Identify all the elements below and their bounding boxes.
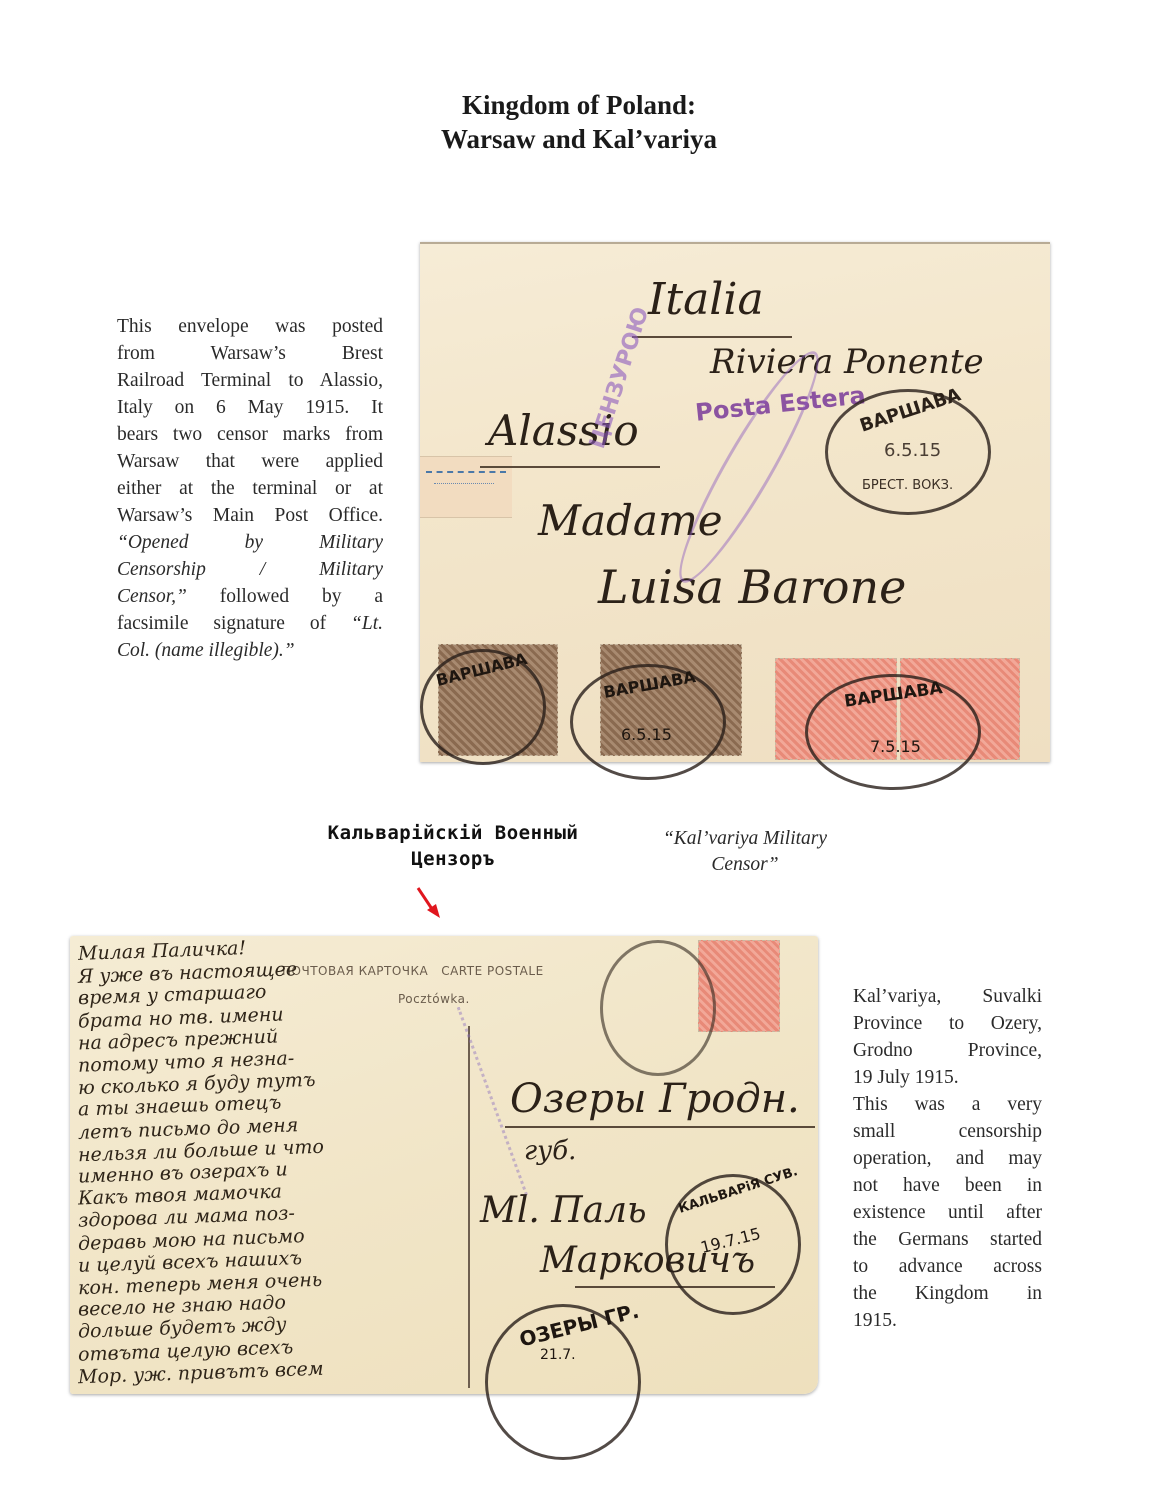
address-country-underline [632,336,792,338]
description-line: Grodno Province, [853,1037,1042,1064]
address-city-underline [480,466,660,468]
postcard-address-line-2: губ. [524,1136,576,1166]
description-line: operation, and may [853,1145,1042,1172]
kalvariya-postmark: КАЛЬВАРiЯ СУВ. 19.7.15 [665,1174,801,1315]
stamp-cancel-2: ВАРШАВА 6.5.15 [570,664,726,780]
description-line: Kal’variya, Suvalki [853,983,1042,1010]
page-title: Kingdom of Poland: Warsaw and Kal’variya [0,88,1158,156]
censor-label-cyrillic: Кальварiйскiй Военный Цензоръ [298,820,608,872]
envelope-description: This envelope was postedfrom Warsaw’s Br… [117,313,383,664]
description-line: Warsaw that were applied [117,448,383,475]
addressee-name: Luisa Barone [598,560,906,614]
description-line: Censor,” followed by a [117,583,383,610]
description-line: the Kingdom in [853,1280,1042,1307]
address-country: Italia [648,274,764,325]
postcard-address-underline-1 [505,1126,815,1128]
title-line-2: Warsaw and Kal’variya [0,122,1158,156]
description-line: existence until after [853,1199,1042,1226]
description-line: This was a very [853,1091,1042,1118]
description-line: to advance across [853,1253,1042,1280]
postcard-image: ПОЧТОВАЯ КАРТОЧКА CARTE POSTALE Pocztówk… [70,936,818,1394]
description-line: 19 July 1915. [853,1064,1042,1091]
description-line: Col. (name illegible).” [117,637,383,664]
warsaw-brest-postmark: ВАРШАВА 6.5.15 БРЕСТ. ВОКЗ. [825,389,991,515]
kalvariya-departure-postmark [600,940,716,1076]
postcard-address-line-3: Ml. Паль [480,1190,647,1231]
description-line: from Warsaw’s Brest [117,340,383,367]
description-line: This envelope was posted [117,313,383,340]
stamp-cancel-1: ВАРШАВА [420,649,546,765]
postcard-divider [468,1026,470,1388]
ozery-arrival-postmark: ОЗЕРЫ ГР. 21.7. [485,1304,641,1460]
description-line: Province to Ozery, [853,1010,1042,1037]
postcard-address-line-1: Озеры Гродн. [510,1076,800,1122]
description-line: “Opened by Military [117,529,383,556]
description-line: either at the terminal or at [117,475,383,502]
postcard-printed-subheader: Pocztówka. [398,992,470,1006]
address-via: Riviera Ponente [710,342,984,382]
description-line: 1915. [853,1307,1042,1334]
red-arrow-icon [414,884,444,922]
stamp-cancel-3: ВАРШАВА 7.5.15 [805,674,981,790]
postcard-description: Kal’variya, SuvalkiProvince to Ozery,Gro… [853,983,1042,1334]
description-line: Italy on 6 May 1915. It [117,394,383,421]
description-line: Warsaw’s Main Post Office. [117,502,383,529]
description-line: Railroad Terminal to Alassio, [117,367,383,394]
description-line: facsimile signature of “Lt. [117,610,383,637]
postcard-printed-header: ПОЧТОВАЯ КАРТОЧКА CARTE POSTALE [282,964,544,978]
title-line-1: Kingdom of Poland: [0,88,1158,122]
description-line: the Germans started [853,1226,1042,1253]
censor-label-translation: “Kal’variya Military Censor” [630,826,860,878]
description-line: bears two censor marks from [117,421,383,448]
description-line: small censorship [853,1118,1042,1145]
envelope-image: Italia Riviera Ponente Alassio Madame Lu… [420,242,1050,762]
description-line: not have been in [853,1172,1042,1199]
description-line: Censorship / Military [117,556,383,583]
